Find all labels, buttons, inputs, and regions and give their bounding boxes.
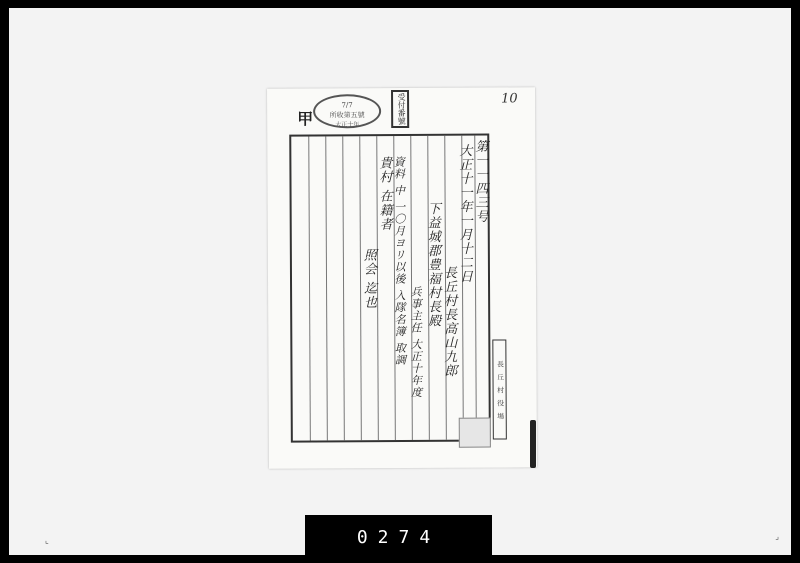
paper-edge — [530, 420, 536, 468]
classification-mark: 甲 — [297, 106, 313, 129]
body-line: 貴村 在籍者 — [377, 156, 390, 231]
subject-line: 兵事主任 大正十年度 — [410, 286, 422, 399]
rule-line — [308, 136, 311, 440]
corner-mark: ⌟ — [775, 532, 779, 541]
rule-line — [342, 136, 345, 440]
date-line: 大正十一年一月十二日 — [457, 144, 471, 284]
recipient-line: 下益城郡豊福村長殿 — [426, 202, 440, 328]
office-label: 長丘村役場 — [492, 339, 507, 439]
stamp-line: 7/7 — [315, 100, 379, 110]
page-number: 10 — [501, 91, 518, 106]
body-line: 資料 中 一〇月ヨリ以後 入隊名簿 取調 — [393, 156, 405, 366]
corner-mark: ⌞ — [45, 536, 49, 545]
closing-line: 照会 迄也 — [362, 248, 375, 309]
reference-number: 第一一四三号 — [473, 140, 486, 224]
oval-receipt-stamp: 7/7 所收第五號 大正十年 — [313, 94, 381, 128]
sender-line: 長丘村長高山九郎 — [442, 266, 456, 378]
frame-counter: 0274 — [305, 515, 492, 563]
stamp-line: 大正十年 — [315, 120, 379, 130]
ruled-form: 第一一四三号 大正十一年一月十二日 長丘村長高山九郎 下益城郡豊福村長殿 兵事主… — [289, 134, 491, 443]
frame-number: 0274 — [305, 527, 492, 548]
seal-stamp — [459, 418, 491, 448]
rect-stamp: 受付番號 — [391, 90, 409, 128]
document-page: 甲 7/7 所收第五號 大正十年 受付番號 10 第一一四三号 大正十一年一月十… — [267, 87, 537, 468]
stamp-line: 所收第五號 — [315, 110, 379, 120]
rule-line — [325, 136, 328, 440]
